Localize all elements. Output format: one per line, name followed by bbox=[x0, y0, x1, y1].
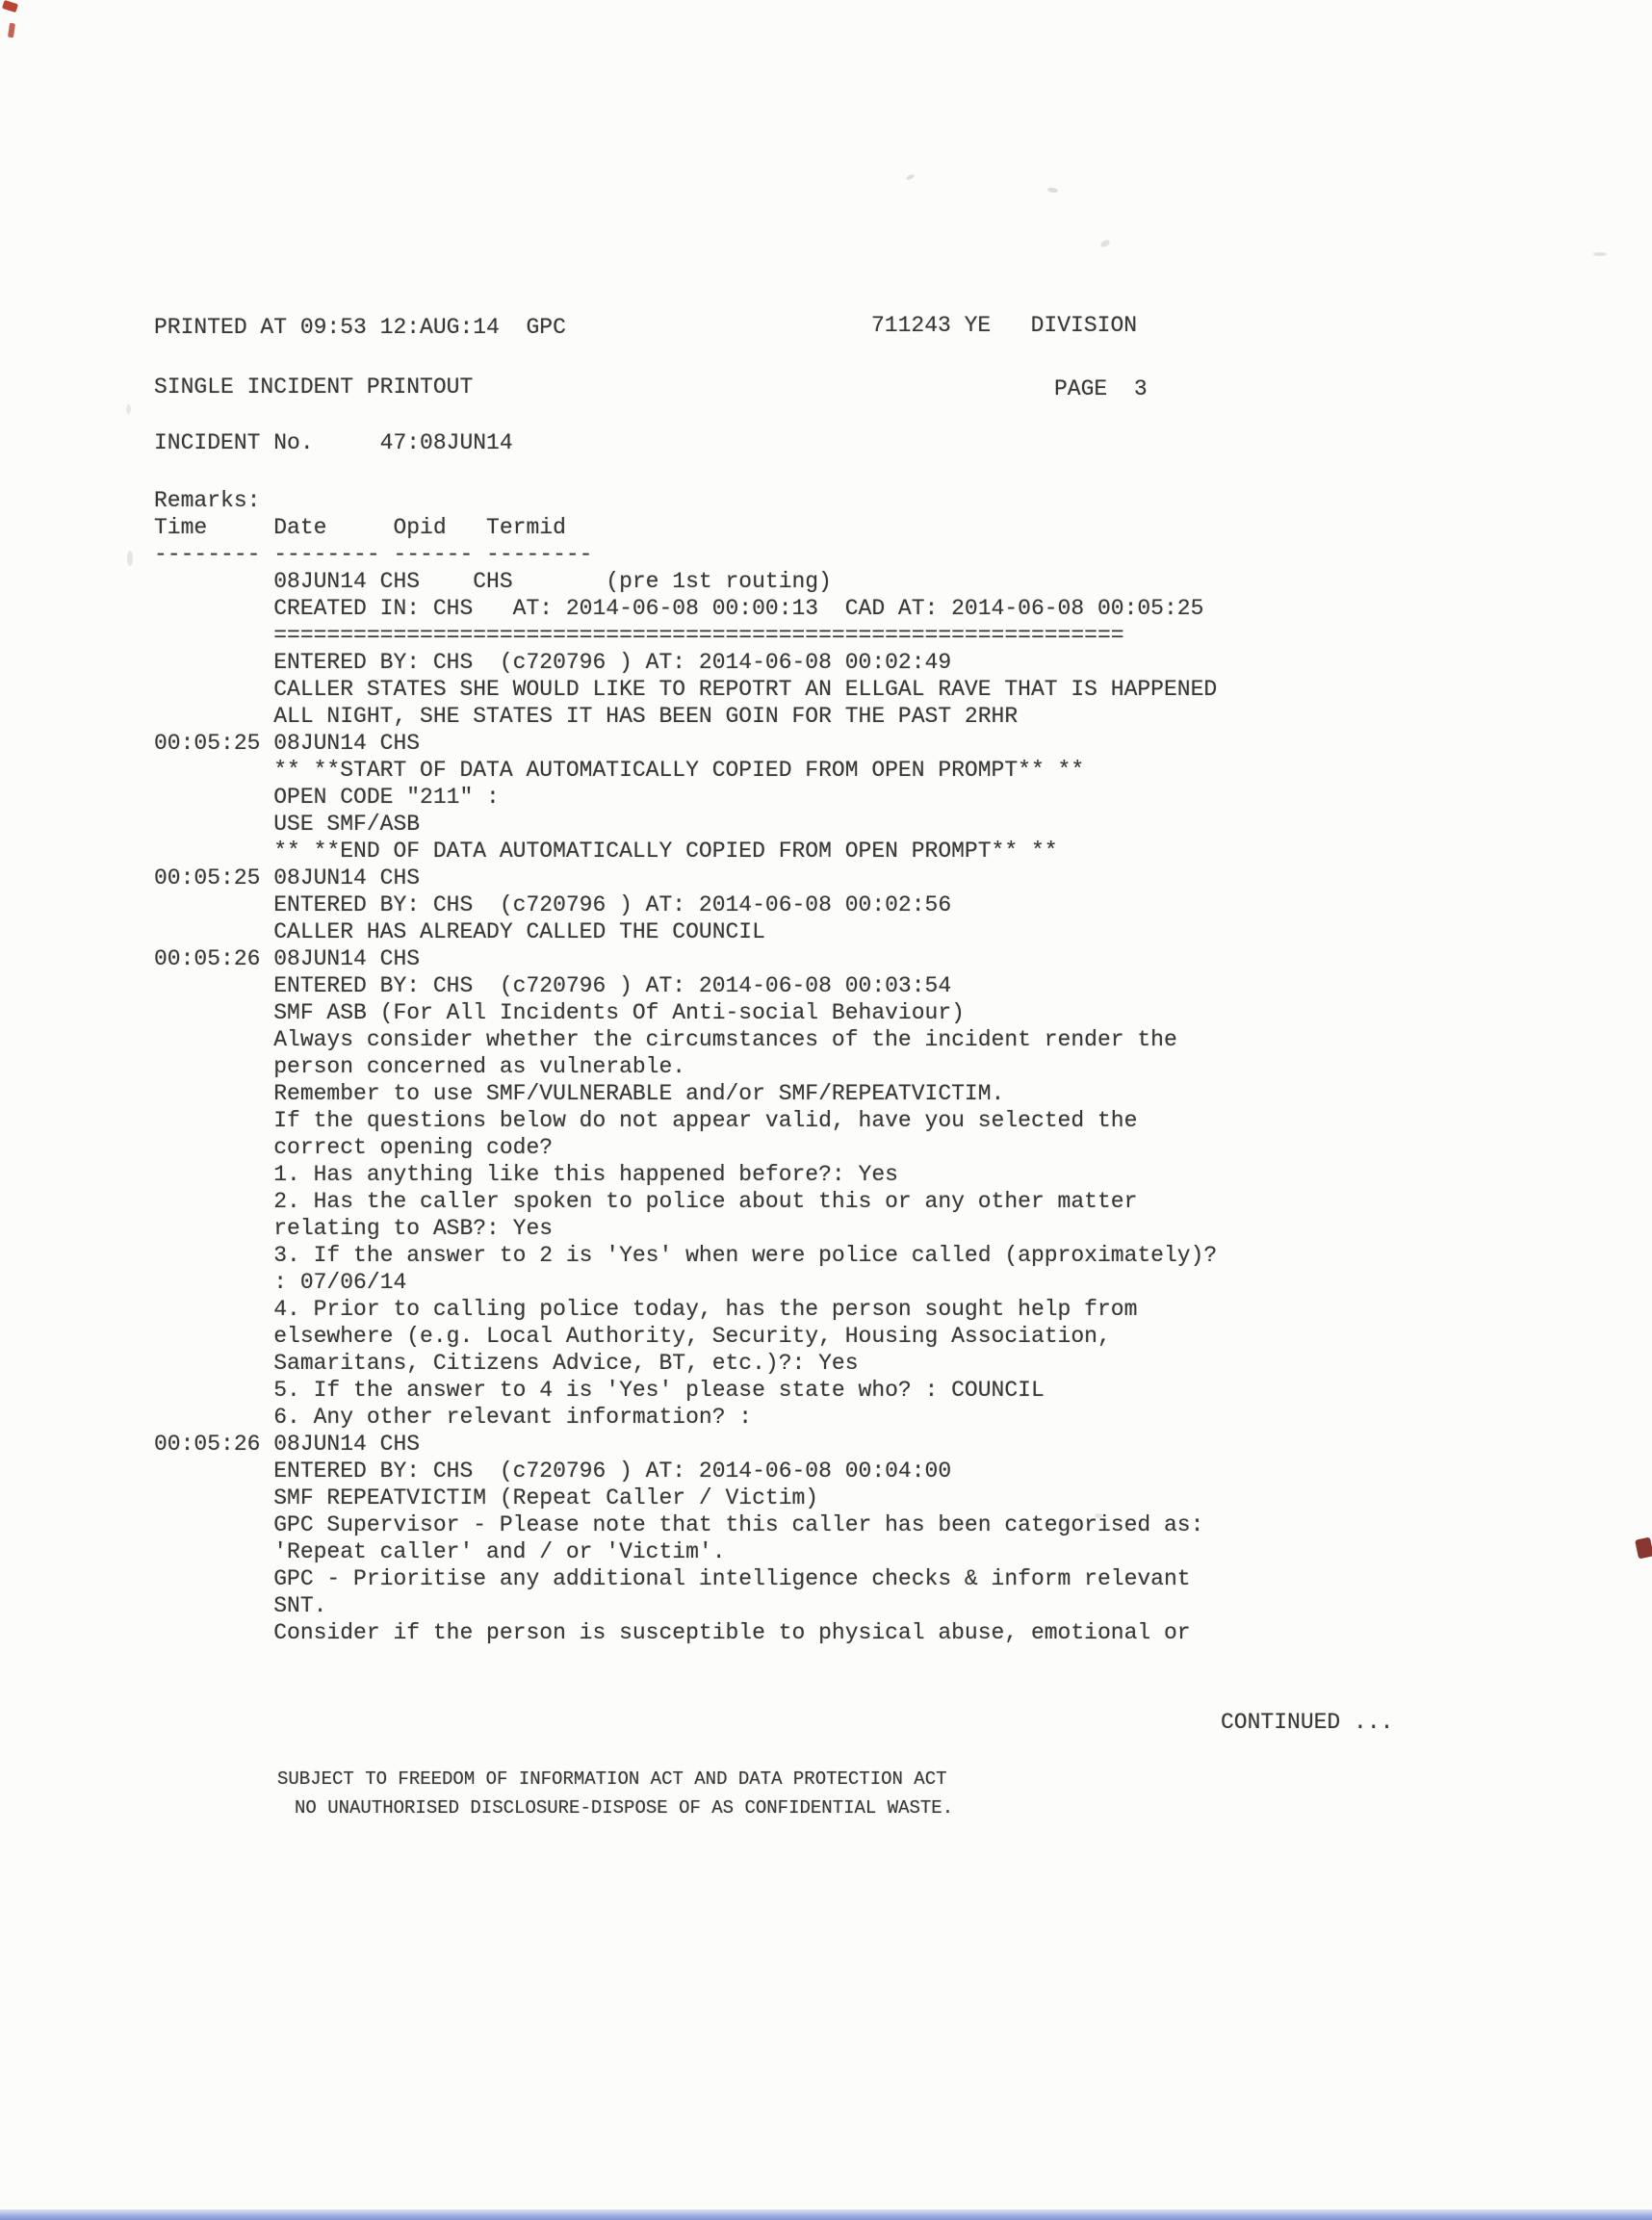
printout-line: 00:05:26 08JUN14 CHS bbox=[154, 1431, 1217, 1458]
scan-smudge bbox=[1593, 252, 1607, 256]
printout-line: CALLER STATES SHE WOULD LIKE TO REPOTRT … bbox=[154, 676, 1217, 703]
disposal-disclaimer: NO UNAUTHORISED DISCLOSURE-DISPOSE OF AS… bbox=[295, 1794, 953, 1821]
printout-line: SNT. bbox=[154, 1592, 1217, 1619]
printout-line: Samaritans, Citizens Advice, BT, etc.)?:… bbox=[154, 1350, 1217, 1377]
printout-line: 2. Has the caller spoken to police about… bbox=[154, 1188, 1217, 1215]
printout-line: 08JUN14 CHS CHS (pre 1st routing) bbox=[154, 568, 1217, 595]
remarks-column-underline: -------- -------- ------ -------- bbox=[154, 541, 592, 568]
scan-artifact-red-mark bbox=[1635, 1537, 1652, 1560]
printout-line: 00:05:25 08JUN14 CHS bbox=[154, 730, 1217, 757]
printout-line: 4. Prior to calling police today, has th… bbox=[154, 1296, 1217, 1323]
scan-smudge bbox=[906, 173, 916, 180]
printout-line: ========================================… bbox=[154, 622, 1217, 649]
printout-line: If the questions below do not appear val… bbox=[154, 1107, 1217, 1134]
printout-line: Always consider whether the circumstance… bbox=[154, 1026, 1217, 1053]
printout-line: ENTERED BY: CHS (c720796 ) AT: 2014-06-0… bbox=[154, 972, 1217, 999]
printout-line: 5. If the answer to 4 is 'Yes' please st… bbox=[154, 1377, 1217, 1404]
scanned-incident-printout-page: PRINTED AT 09:53 12:AUG:14 GPC 711243 YE… bbox=[0, 0, 1652, 2220]
printout-line: ** **START OF DATA AUTOMATICALLY COPIED … bbox=[154, 757, 1217, 784]
scan-smudge bbox=[1099, 239, 1111, 248]
printout-line: SMF REPEATVICTIM (Repeat Caller / Victim… bbox=[154, 1484, 1217, 1511]
printout-line: 'Repeat caller' and / or 'Victim'. bbox=[154, 1538, 1217, 1565]
scan-smudge bbox=[1047, 187, 1059, 194]
foi-disclaimer: SUBJECT TO FREEDOM OF INFORMATION ACT AN… bbox=[277, 1766, 947, 1793]
scan-artifact-red-mark bbox=[8, 23, 15, 39]
printout-line: : 07/06/14 bbox=[154, 1269, 1217, 1296]
printout-line: SMF ASB (For All Incidents Of Anti-socia… bbox=[154, 999, 1217, 1026]
document-title: SINGLE INCIDENT PRINTOUT bbox=[154, 374, 473, 400]
scan-smudge bbox=[126, 404, 131, 414]
printout-line: ** **END OF DATA AUTOMATICALLY COPIED FR… bbox=[154, 838, 1217, 865]
printout-line: GPC Supervisor - Please note that this c… bbox=[154, 1511, 1217, 1538]
printout-line: CREATED IN: CHS AT: 2014-06-08 00:00:13 … bbox=[154, 595, 1217, 622]
scan-artifact-bottom-edge bbox=[0, 2209, 1652, 2220]
printout-line: 00:05:25 08JUN14 CHS bbox=[154, 865, 1217, 891]
incident-number-line: INCIDENT No. 47:08JUN14 bbox=[154, 429, 513, 456]
printout-line: 6. Any other relevant information? : bbox=[154, 1404, 1217, 1431]
printout-line: relating to ASB?: Yes bbox=[154, 1215, 1217, 1242]
printout-line: CALLER HAS ALREADY CALLED THE COUNCIL bbox=[154, 918, 1217, 945]
division-reference: 711243 YE DIVISION bbox=[871, 312, 1137, 339]
printout-line: person concerned as vulnerable. bbox=[154, 1053, 1217, 1080]
remarks-label: Remarks: bbox=[154, 487, 260, 514]
printout-line: OPEN CODE "211" : bbox=[154, 784, 1217, 811]
remarks-log-lines: 08JUN14 CHS CHS (pre 1st routing) CREATE… bbox=[154, 568, 1217, 1646]
remarks-column-headers: Time Date Opid Termid bbox=[154, 514, 566, 541]
printout-line: 1. Has anything like this happened befor… bbox=[154, 1161, 1217, 1188]
printout-line: ENTERED BY: CHS (c720796 ) AT: 2014-06-0… bbox=[154, 1458, 1217, 1484]
printout-line: 3. If the answer to 2 is 'Yes' when were… bbox=[154, 1242, 1217, 1269]
printout-line: 00:05:26 08JUN14 CHS bbox=[154, 945, 1217, 972]
continued-marker: CONTINUED ... bbox=[1221, 1709, 1393, 1736]
printout-line: ENTERED BY: CHS (c720796 ) AT: 2014-06-0… bbox=[154, 649, 1217, 676]
printout-line: GPC - Prioritise any additional intellig… bbox=[154, 1565, 1217, 1592]
scan-smudge bbox=[127, 551, 133, 566]
printout-line: correct opening code? bbox=[154, 1134, 1217, 1161]
printout-line: Consider if the person is susceptible to… bbox=[154, 1619, 1217, 1646]
printout-line: Remember to use SMF/VULNERABLE and/or SM… bbox=[154, 1080, 1217, 1107]
printout-line: elsewhere (e.g. Local Authority, Securit… bbox=[154, 1323, 1217, 1350]
printout-line: ALL NIGHT, SHE STATES IT HAS BEEN GOIN F… bbox=[154, 703, 1217, 730]
printed-at-line: PRINTED AT 09:53 12:AUG:14 GPC bbox=[154, 314, 566, 341]
page-number: PAGE 3 bbox=[1054, 375, 1148, 402]
printout-line: USE SMF/ASB bbox=[154, 811, 1217, 838]
printout-line: ENTERED BY: CHS (c720796 ) AT: 2014-06-0… bbox=[154, 891, 1217, 918]
scan-artifact-red-mark bbox=[2, 0, 18, 13]
